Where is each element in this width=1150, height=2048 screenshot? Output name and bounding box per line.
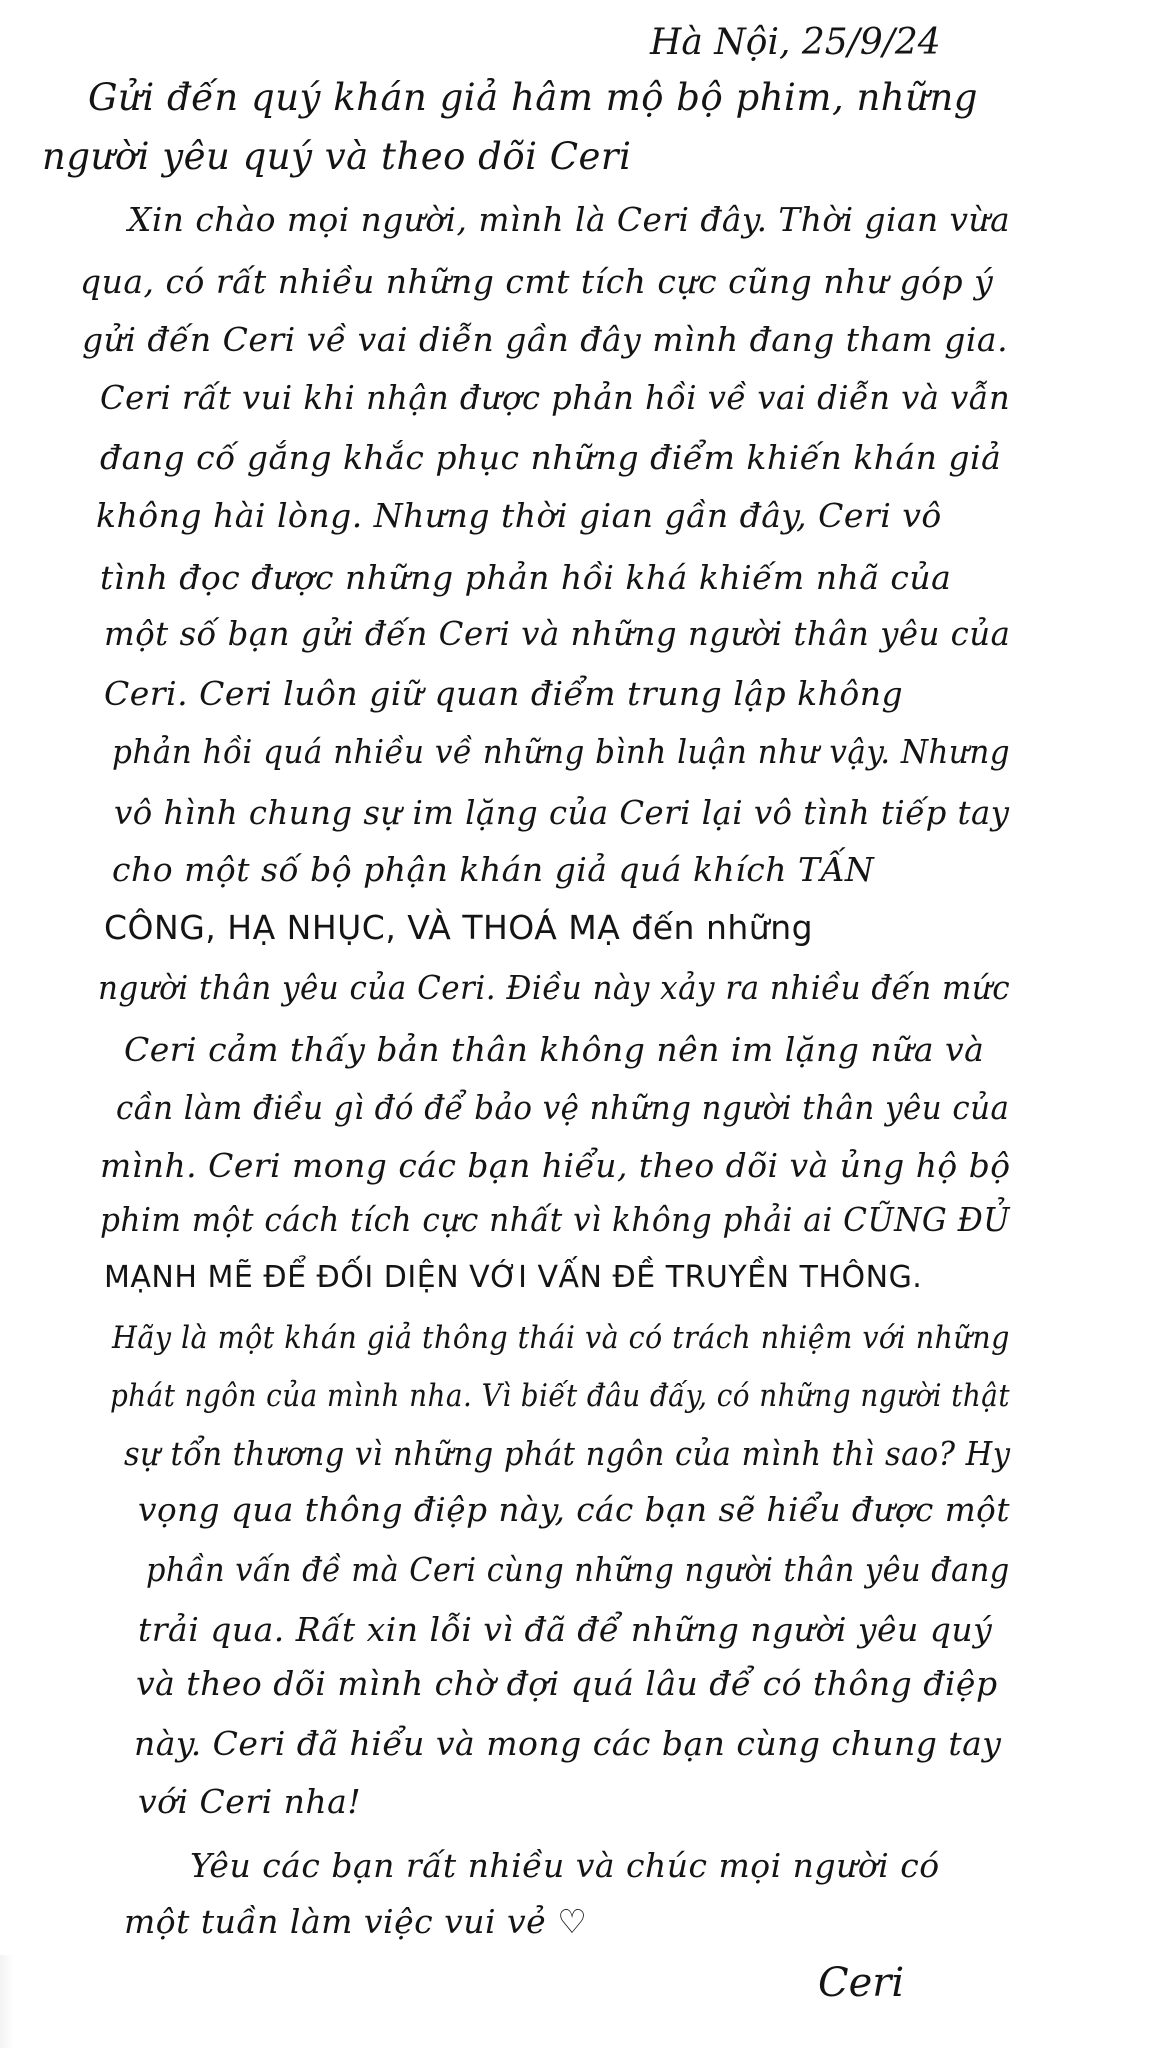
greeting-line: Gửi đến quý khán giả hâm mộ bộ phim, nhữ… [88, 78, 978, 118]
body-line: CÔNG, HẠ NHỤC, VÀ THOÁ MẠ đến những [104, 908, 813, 948]
body-line: gửi đến Ceri về vai diễn gần đây mình đa… [82, 320, 1008, 360]
body-line: cần làm điều gì đó để bảo vệ những người… [116, 1088, 1009, 1128]
body-line: tình đọc được những phản hồi khá khiếm n… [100, 558, 951, 598]
body-line: với Ceri nha! [138, 1782, 361, 1822]
body-line: và theo dõi mình chờ đợi quá lâu để có t… [136, 1664, 998, 1704]
body-line: Hãy là một khán giả thông thái và có trá… [112, 1318, 1010, 1358]
body-line: Ceri rất vui khi nhận được phản hồi về v… [100, 378, 1010, 418]
closing-line: một tuần làm việc vui vẻ ♡ [124, 1902, 587, 1942]
greeting-line: người yêu quý và theo dõi Ceri [42, 137, 631, 177]
closing-line: Yêu các bạn rất nhiều và chúc mọi người … [190, 1846, 940, 1886]
body-line: Ceri cảm thấy bản thân không nên im lặng… [124, 1030, 984, 1070]
signature: Ceri [818, 1960, 904, 2006]
body-line: vô hình chung sự im lặng của Ceri lại vô… [114, 793, 1009, 833]
body-line: một số bạn gửi đến Ceri và những người t… [104, 614, 1010, 654]
body-line: người thân yêu của Ceri. Điều này xảy ra… [98, 968, 1010, 1008]
handwritten-letter-page: Hà Nội, 25/9/24 Gửi đến quý khán giả hâm… [0, 0, 1150, 2048]
body-line: phần vấn đề mà Ceri cùng những người thâ… [146, 1550, 1010, 1590]
body-line: phim một cách tích cực nhất vì không phả… [100, 1200, 1010, 1240]
body-line: cho một số bộ phận khán giả quá khích TẤ… [112, 850, 874, 890]
body-line: trải qua. Rất xin lỗi vì đã để những ngư… [138, 1610, 992, 1650]
body-line: phát ngôn của mình nha. Vì biết đâu đấy,… [110, 1376, 1010, 1416]
page-edge-shadow [0, 1955, 14, 2048]
body-line: đang cố gắng khắc phục những điểm khiến … [100, 438, 1001, 478]
body-line: Ceri. Ceri luôn giữ quan điểm trung lập … [104, 674, 903, 714]
body-line: qua, có rất nhiều những cmt tích cực cũn… [80, 262, 993, 302]
letter-place-date: Hà Nội, 25/9/24 [650, 22, 941, 63]
body-line: MẠNH MẼ ĐỂ ĐỐI DIỆN VỚI VẤN ĐỀ TRUYỀN TH… [104, 1258, 922, 1298]
body-line: sự tổn thương vì những phát ngôn của mìn… [124, 1434, 1011, 1474]
body-line: Xin chào mọi người, mình là Ceri đây. Th… [128, 200, 1010, 240]
body-line: không hài lòng. Nhưng thời gian gần đây,… [96, 496, 942, 536]
body-line: này. Ceri đã hiểu và mong các bạn cùng c… [134, 1724, 1001, 1764]
body-line: vọng qua thông điệp này, các bạn sẽ hiểu… [138, 1490, 1010, 1530]
body-line: phản hồi quá nhiều về những bình luận nh… [112, 732, 1010, 772]
body-line: mình. Ceri mong các bạn hiểu, theo dõi v… [100, 1146, 1011, 1186]
